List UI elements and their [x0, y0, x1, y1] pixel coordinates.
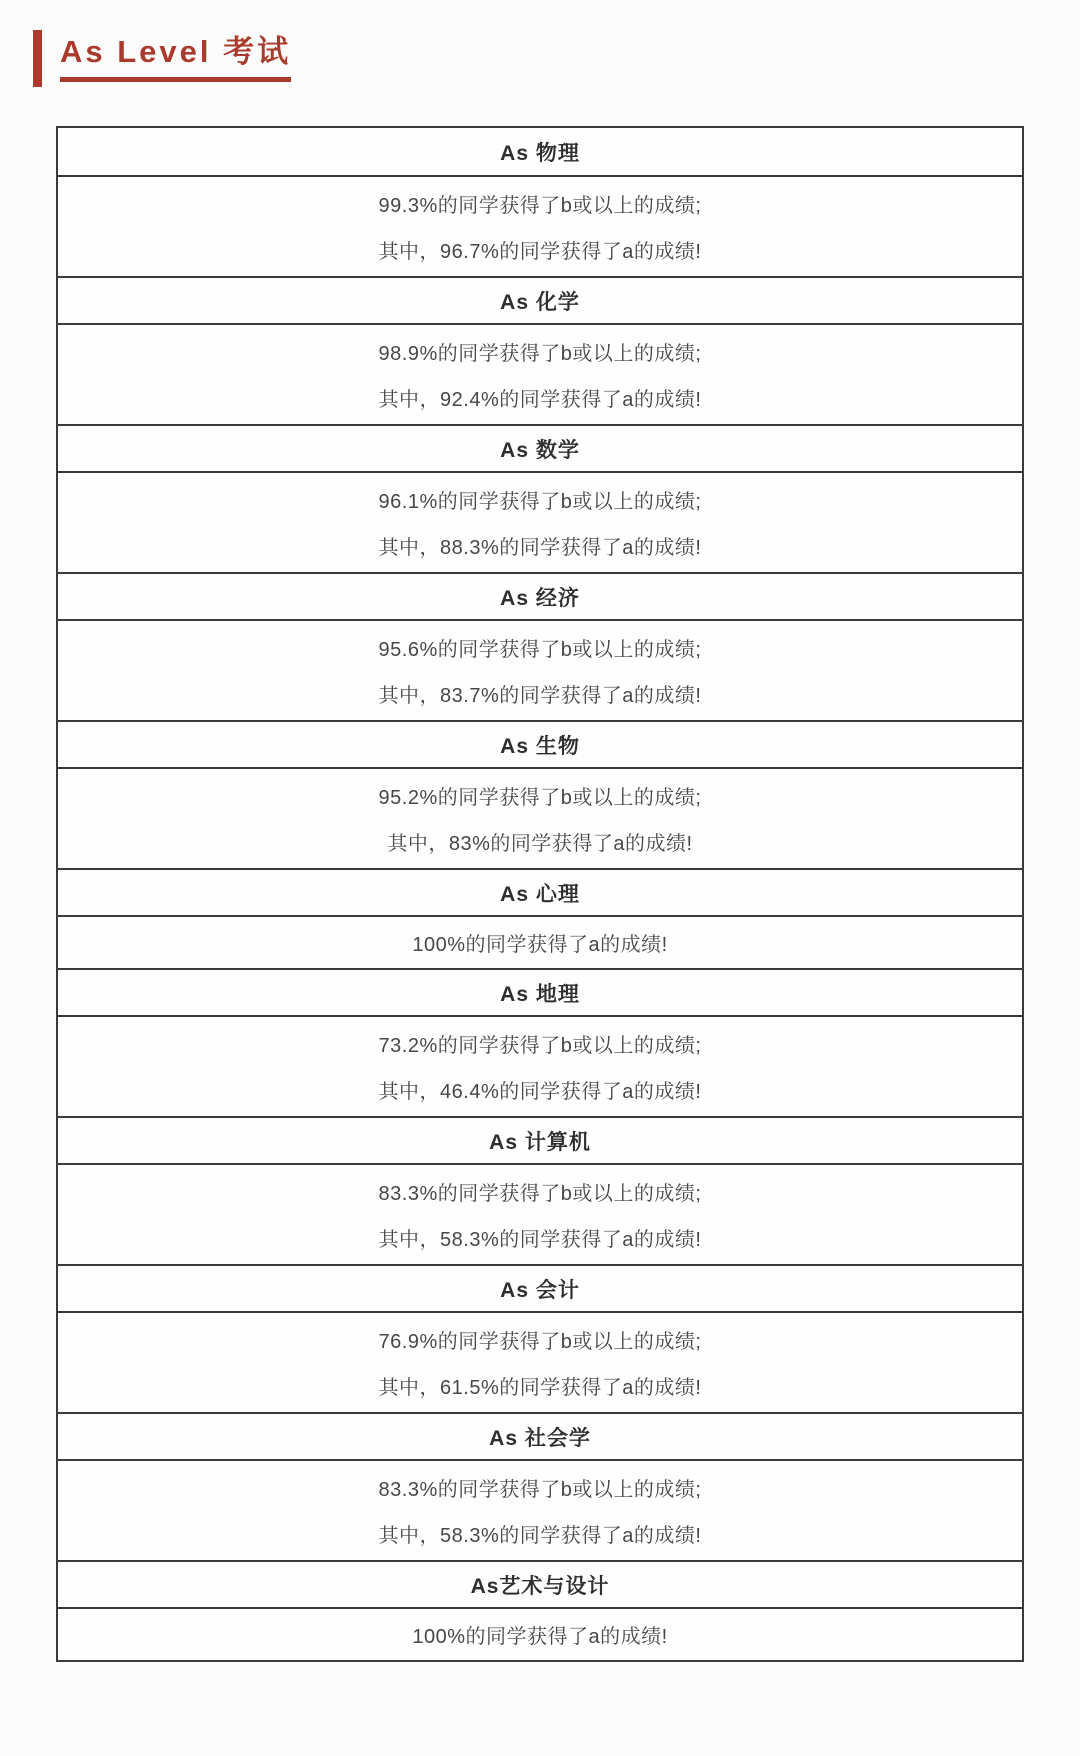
subject-name: As 生物 [500, 730, 580, 760]
subject-header-geography: As 地理 [58, 968, 1022, 1015]
subject-results-accounting: 76.9%的同学获得了b或以上的成绩; 其中，61.5%的同学获得了a的成绩! [58, 1311, 1022, 1412]
result-line: 其中，83%的同学获得了a的成绩! [387, 827, 692, 856]
result-line: 96.1%的同学获得了b或以上的成绩; [379, 485, 702, 514]
result-line: 98.9%的同学获得了b或以上的成绩; [379, 337, 702, 366]
subject-results-chemistry: 98.9%的同学获得了b或以上的成绩; 其中，92.4%的同学获得了a的成绩! [58, 323, 1022, 424]
subject-header-psychology: As 心理 [58, 868, 1022, 915]
subject-results-math: 96.1%的同学获得了b或以上的成绩; 其中，88.3%的同学获得了a的成绩! [58, 471, 1022, 572]
result-line: 95.2%的同学获得了b或以上的成绩; [379, 781, 702, 810]
result-line: 95.6%的同学获得了b或以上的成绩; [379, 633, 702, 662]
subject-name: As 会计 [500, 1274, 580, 1304]
subject-name: As 心理 [500, 878, 580, 908]
subject-results-economics: 95.6%的同学获得了b或以上的成绩; 其中，83.7%的同学获得了a的成绩! [58, 619, 1022, 720]
result-line: 其中，46.4%的同学获得了a的成绩! [379, 1075, 702, 1104]
subject-header-computer-science: As 计算机 [58, 1116, 1022, 1163]
subject-header-biology: As 生物 [58, 720, 1022, 767]
subject-name: As 社会学 [489, 1422, 591, 1452]
result-line: 其中，58.3%的同学获得了a的成绩! [379, 1223, 702, 1252]
subject-name: As 地理 [500, 978, 580, 1008]
subject-results-computer-science: 83.3%的同学获得了b或以上的成绩; 其中，58.3%的同学获得了a的成绩! [58, 1163, 1022, 1264]
subject-results-art-design: 100%的同学获得了a的成绩! [58, 1607, 1022, 1660]
result-line: 100%的同学获得了a的成绩! [412, 1620, 667, 1649]
article-page: As Level 考试 As 物理 99.3%的同学获得了b或以上的成绩; 其中… [0, 0, 1080, 1756]
subject-header-math: As 数学 [58, 424, 1022, 471]
result-line: 76.9%的同学获得了b或以上的成绩; [379, 1325, 702, 1354]
subject-results-sociology: 83.3%的同学获得了b或以上的成绩; 其中，58.3%的同学获得了a的成绩! [58, 1459, 1022, 1560]
result-line: 100%的同学获得了a的成绩! [412, 928, 667, 957]
subject-name: As 化学 [500, 286, 580, 316]
result-line: 其中，83.7%的同学获得了a的成绩! [379, 679, 702, 708]
results-table: As 物理 99.3%的同学获得了b或以上的成绩; 其中，96.7%的同学获得了… [56, 126, 1024, 1662]
section-header: As Level 考试 [33, 30, 1080, 90]
subject-header-economics: As 经济 [58, 572, 1022, 619]
page-title: As Level 考试 [60, 30, 291, 82]
subject-name: As 物理 [500, 137, 580, 167]
subject-name: As 计算机 [489, 1126, 591, 1156]
result-line: 其中，88.3%的同学获得了a的成绩! [379, 531, 702, 560]
result-line: 83.3%的同学获得了b或以上的成绩; [379, 1177, 702, 1206]
subject-results-biology: 95.2%的同学获得了b或以上的成绩; 其中，83%的同学获得了a的成绩! [58, 767, 1022, 868]
subject-name: As 数学 [500, 434, 580, 464]
subject-results-psychology: 100%的同学获得了a的成绩! [58, 915, 1022, 968]
subject-header-art-design: As艺术与设计 [58, 1560, 1022, 1607]
subject-results-geography: 73.2%的同学获得了b或以上的成绩; 其中，46.4%的同学获得了a的成绩! [58, 1015, 1022, 1116]
subject-name: As 经济 [500, 582, 580, 612]
result-line: 其中，61.5%的同学获得了a的成绩! [379, 1371, 702, 1400]
result-line: 其中，96.7%的同学获得了a的成绩! [379, 235, 702, 264]
result-line: 73.2%的同学获得了b或以上的成绩; [379, 1029, 702, 1058]
result-line: 其中，58.3%的同学获得了a的成绩! [379, 1519, 702, 1548]
subject-name: As艺术与设计 [471, 1570, 610, 1600]
subject-header-physics: As 物理 [58, 128, 1022, 175]
result-line: 其中，92.4%的同学获得了a的成绩! [379, 383, 702, 412]
subject-header-accounting: As 会计 [58, 1264, 1022, 1311]
result-line: 83.3%的同学获得了b或以上的成绩; [379, 1473, 702, 1502]
subject-header-chemistry: As 化学 [58, 276, 1022, 323]
result-line: 99.3%的同学获得了b或以上的成绩; [379, 189, 702, 218]
subject-results-physics: 99.3%的同学获得了b或以上的成绩; 其中，96.7%的同学获得了a的成绩! [58, 175, 1022, 276]
subject-header-sociology: As 社会学 [58, 1412, 1022, 1459]
title-accent-bar [33, 30, 42, 87]
